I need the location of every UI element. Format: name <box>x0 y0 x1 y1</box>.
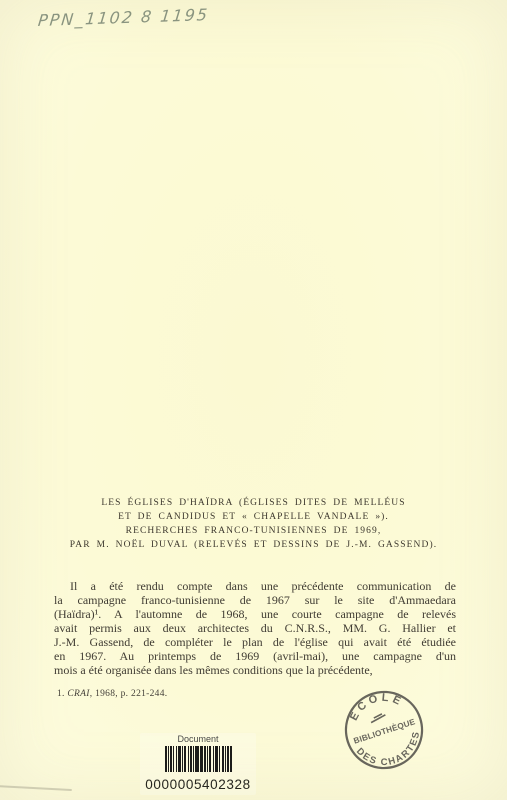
stamp-top-text: ECOLE <box>343 684 408 725</box>
footnote-journal: CRAI <box>67 689 89 699</box>
body-line: J.-M. Gassend, de compléter le plan de l… <box>54 635 456 649</box>
scanned-document-page: PPN_1102 8 1195 LES ÉGLISES D'HAÏDRA (ÉG… <box>0 0 507 800</box>
barcode-title: Document <box>140 734 256 745</box>
body-line: en 1967. Au printemps de 1969 (avril-mai… <box>54 649 456 663</box>
footnote-reference: , 1968, p. 221-244. <box>90 689 168 699</box>
footnote: 1. CRAI, 1968, p. 221-244. <box>57 689 167 699</box>
footnote-marker: 1. <box>57 689 67 699</box>
body-line: (Haïdra)¹. A l'automne de 1968, une cour… <box>54 607 456 621</box>
stamp-circle-graphic: ECOLE BIBLIOTHÈQUE DES CHARTES <box>324 670 445 791</box>
body-line: Il a été rendu compte dans une précédent… <box>54 579 456 593</box>
library-stamp: ECOLE BIBLIOTHÈQUE DES CHARTES <box>324 670 445 791</box>
title-line: PAR M. NOËL DUVAL (RELEVÉS ET DESSINS DE… <box>0 538 507 552</box>
stamp-squiggle <box>370 713 387 723</box>
barcode-label: Document 0000005402328 <box>140 733 256 795</box>
title-line: LES ÉGLISES D'HAÏDRA (ÉGLISES DITES DE M… <box>0 496 507 510</box>
barcode-number: 0000005402328 <box>140 777 256 793</box>
handwritten-annotation: PPN_1102 8 1195 <box>37 5 210 30</box>
barcode <box>165 746 232 772</box>
body-line: avait permis aux deux architectes du C.N… <box>54 621 456 635</box>
article-title: LES ÉGLISES D'HAÏDRA (ÉGLISES DITES DE M… <box>0 496 507 552</box>
title-line: ET DE CANDIDUS ET « CHAPELLE VANDALE »). <box>0 510 507 524</box>
title-line: RECHERCHES FRANCO-TUNISIENNES DE 1969, <box>0 524 507 538</box>
pencil-smudge <box>0 785 72 791</box>
body-line: la campagne franco-tunisienne de 1967 su… <box>54 593 456 607</box>
stamp-middle-text: BIBLIOTHÈQUE <box>352 716 417 745</box>
body-paragraph: Il a été rendu compte dans une précédent… <box>54 579 456 677</box>
svg-text:ECOLE: ECOLE <box>343 684 408 725</box>
